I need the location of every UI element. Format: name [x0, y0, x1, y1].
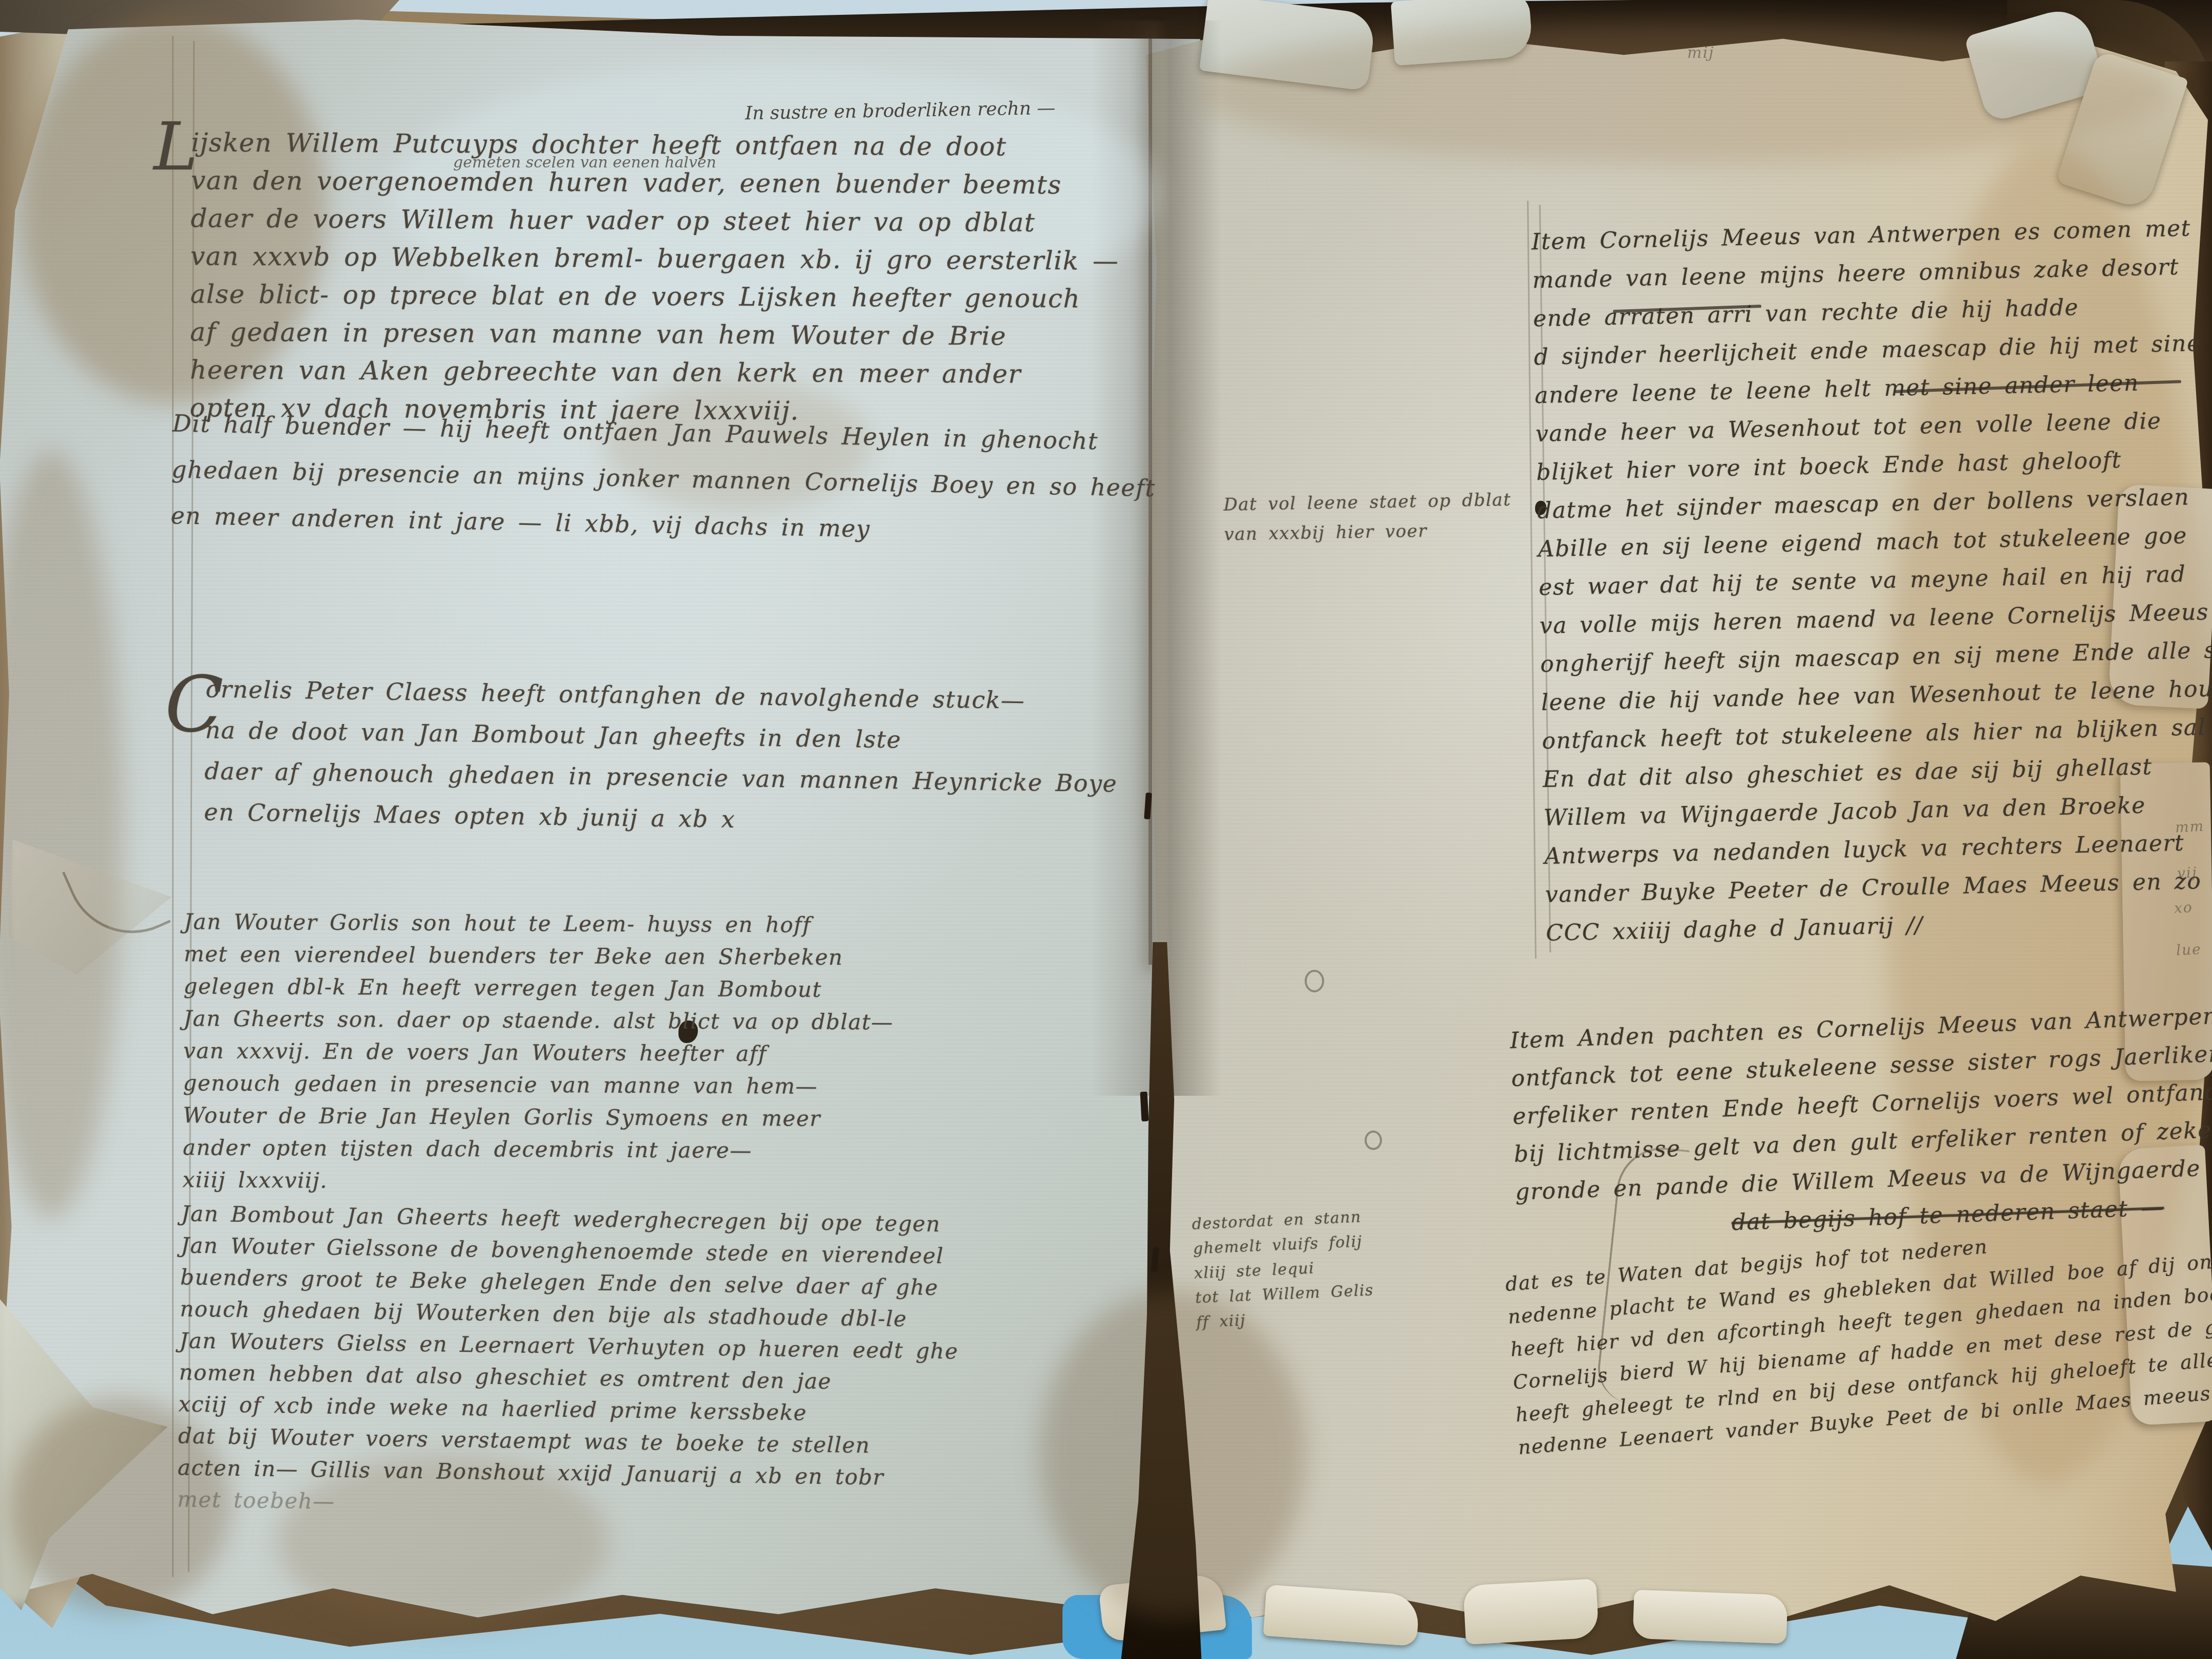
top-edge-text-fragment: mij: [1687, 44, 1714, 62]
torn-bottom-paper-bit: [1463, 1579, 1599, 1644]
right-entry-2: Item Anden pachten es Cornelijs Meeus va…: [1509, 993, 2212, 1249]
manuscript-line: Jan Wouter Gorlis son hout te Leem- huys…: [184, 905, 894, 941]
right-margin-note-bottom: destordat en stannghemelt vluifs folijxl…: [1192, 1205, 1375, 1335]
right-margin-note-top: Dat vol leene staet op dblatvan xxxbij h…: [1223, 485, 1512, 549]
manuscript-line: daer de voers Willem huer vader op steet…: [190, 199, 1119, 242]
manuscript-line: heeren van Aken gebreechte van den kerk …: [190, 351, 1118, 393]
edge-text-fragment: lue: [2176, 941, 2202, 959]
left-entry-4: Jan Wouter Gorlis son hout te Leem- huys…: [183, 905, 895, 1199]
manuscript-line: van xxxvij. En de voers Jan Wouters heef…: [183, 1034, 894, 1070]
manuscript-line: af gedaen in presen van manne van hem Wo…: [190, 313, 1118, 355]
left-entry-2: Dit half buender — hij heeft ontfaen Jan…: [171, 400, 1157, 558]
manuscript-line: Jan Gheerts son. daer op staende. alst b…: [183, 1002, 894, 1038]
edge-text-fragment: vij: [2177, 864, 2198, 882]
edge-text-fragment: xo: [2174, 899, 2193, 917]
manuscript-line: alse blict- op tprece blat en de voers L…: [190, 275, 1119, 317]
edge-text-fragment: mm: [2175, 818, 2205, 836]
manuscript-line: gelegen dbl-k En heeft verregen tegen Ja…: [184, 970, 894, 1006]
manuscript-line: xiiij lxxxviij.: [183, 1163, 893, 1199]
photo-of-open-manuscript: In sustre en broderliken rechn — L ijske…: [0, 0, 2212, 1659]
torn-bottom-paper-bit: [1632, 1590, 1788, 1644]
stain: [1198, 20, 2171, 164]
stain: [1039, 1290, 1306, 1618]
manuscript-line: van xxxvb op Webbelken breml- buergaen x…: [190, 237, 1119, 280]
left-entry-3: ornelis Peter Claess heeft ontfanghen de…: [204, 669, 1119, 845]
small-circle-mark: [1365, 1131, 1382, 1150]
manuscript-line: Wouter de Brie Jan Heylen Gorlis Symoens…: [183, 1099, 893, 1135]
manuscript-line: Dat vol leene staet op dblat: [1223, 485, 1512, 520]
sewing-stitch: [1140, 1092, 1148, 1122]
left-entry-5: Jan Bombout Jan Gheerts heeft wederghecr…: [177, 1198, 961, 1526]
manuscript-line: genouch gedaen in presencie van manne va…: [183, 1067, 894, 1102]
manuscript-line: met een vierendeel buenders ter Beke aen…: [184, 938, 894, 973]
left-entry-1-interline-note: gemeten scelen van eenen halven: [453, 154, 716, 172]
manuscript-line: van xxxbij hier voer: [1224, 515, 1512, 549]
right-entry-1: Item Cornelijs Meeus van Antwerpen es co…: [1531, 207, 2212, 952]
manuscript-line: ander opten tijsten dach decembris int j…: [183, 1131, 893, 1167]
small-circle-mark: [1305, 970, 1324, 992]
